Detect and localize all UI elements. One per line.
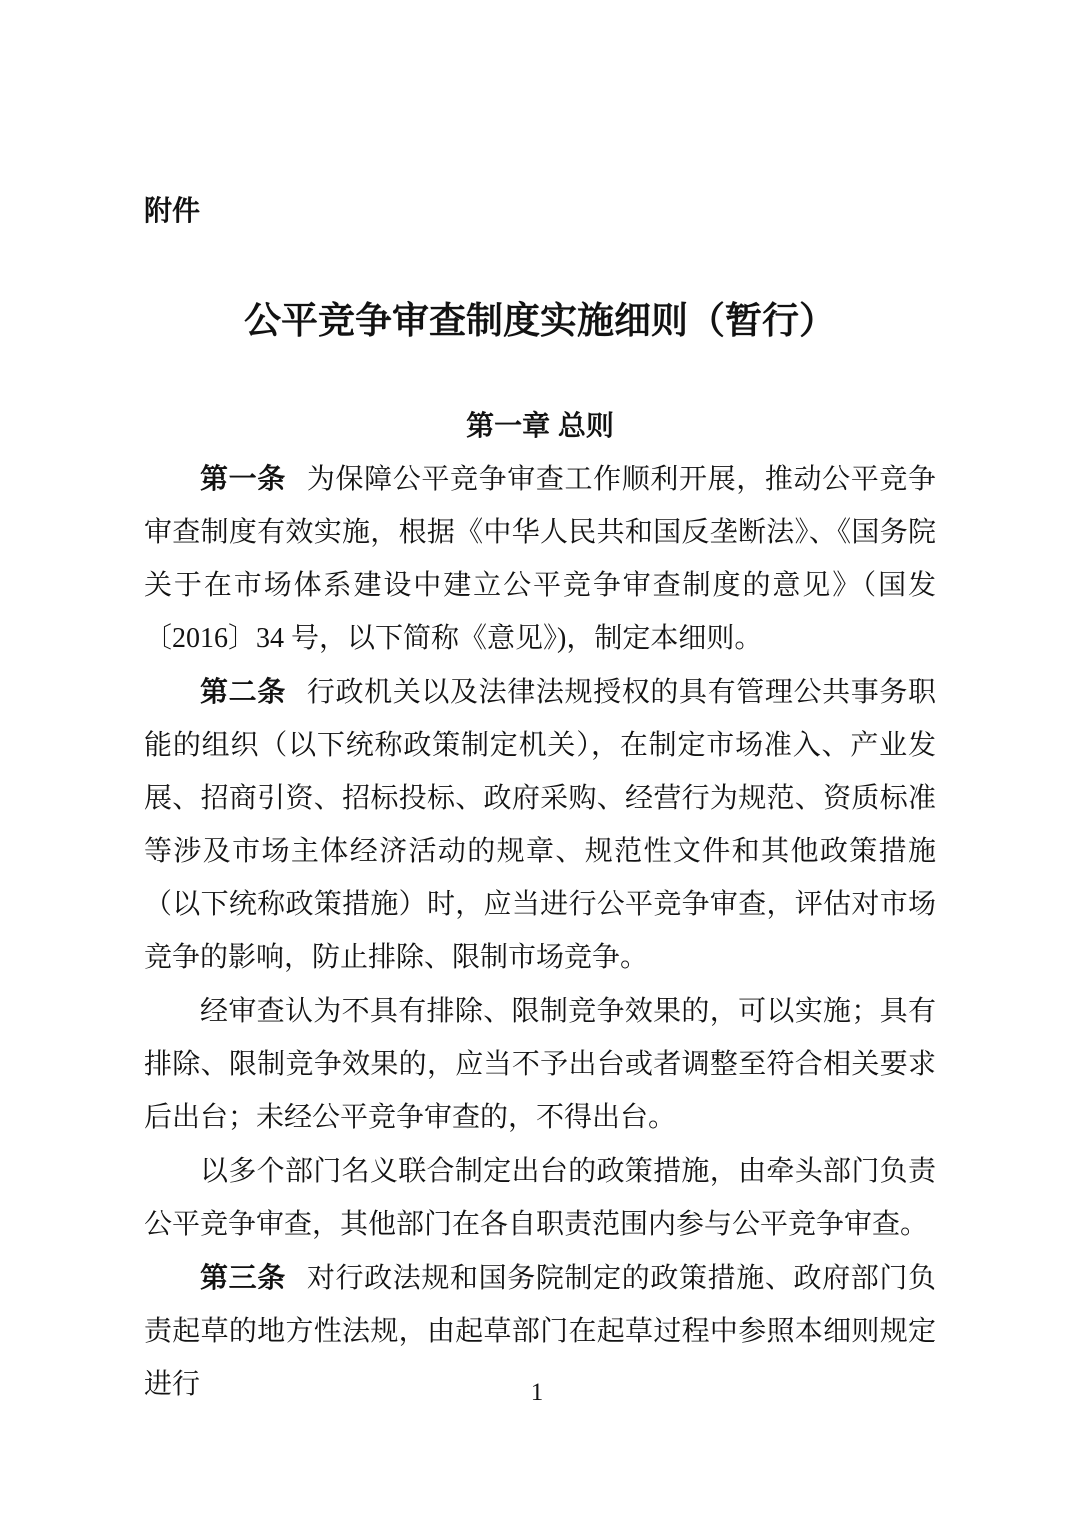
- article-1-number: 第一条: [200, 463, 286, 494]
- article-3-number: 第三条: [200, 1262, 286, 1293]
- paragraph-article-2: 第二条行政机关以及法律法规授权的具有管理公共事务职能的组织（以下统称政策制定机关…: [144, 665, 936, 984]
- article-2-text: 行政机关以及法律法规授权的具有管理公共事务职能的组织（以下统称政策制定机关），在…: [144, 677, 936, 973]
- page-number: 1: [0, 1378, 1074, 1408]
- paragraph-article-2-clause-2: 经审查认为不具有排除、限制竞争效果的，可以实施；具有排除、限制竞争效果的，应当不…: [144, 984, 936, 1144]
- document-page: 附件 公平竞争审查制度实施细则（暂行） 第一章 总则 第一条为保障公平竞争审查工…: [0, 0, 1074, 1520]
- document-body: 第一条为保障公平竞争审查工作顺利开展，推动公平竞争审查制度有效实施，根据《中华人…: [144, 452, 936, 1411]
- chapter-heading: 第一章 总则: [144, 410, 936, 442]
- article-2-number: 第二条: [200, 676, 286, 707]
- paragraph-article-2-clause-3: 以多个部门名义联合制定出台的政策措施，由牵头部门负责公平竞争审查，其他部门在各自…: [144, 1144, 936, 1251]
- document-content: 附件 公平竞争审查制度实施细则（暂行） 第一章 总则 第一条为保障公平竞争审查工…: [144, 0, 936, 1411]
- paragraph-article-1: 第一条为保障公平竞争审查工作顺利开展，推动公平竞争审查制度有效实施，根据《中华人…: [144, 452, 936, 665]
- attachment-label: 附件: [144, 194, 936, 228]
- article-2-clause-2-text: 经审查认为不具有排除、限制竞争效果的，可以实施；具有排除、限制竞争效果的，应当不…: [144, 996, 936, 1133]
- article-2-clause-3-text: 以多个部门名义联合制定出台的政策措施，由牵头部门负责公平竞争审查，其他部门在各自…: [144, 1156, 936, 1240]
- document-title: 公平竞争审查制度实施细则（暂行）: [144, 298, 936, 346]
